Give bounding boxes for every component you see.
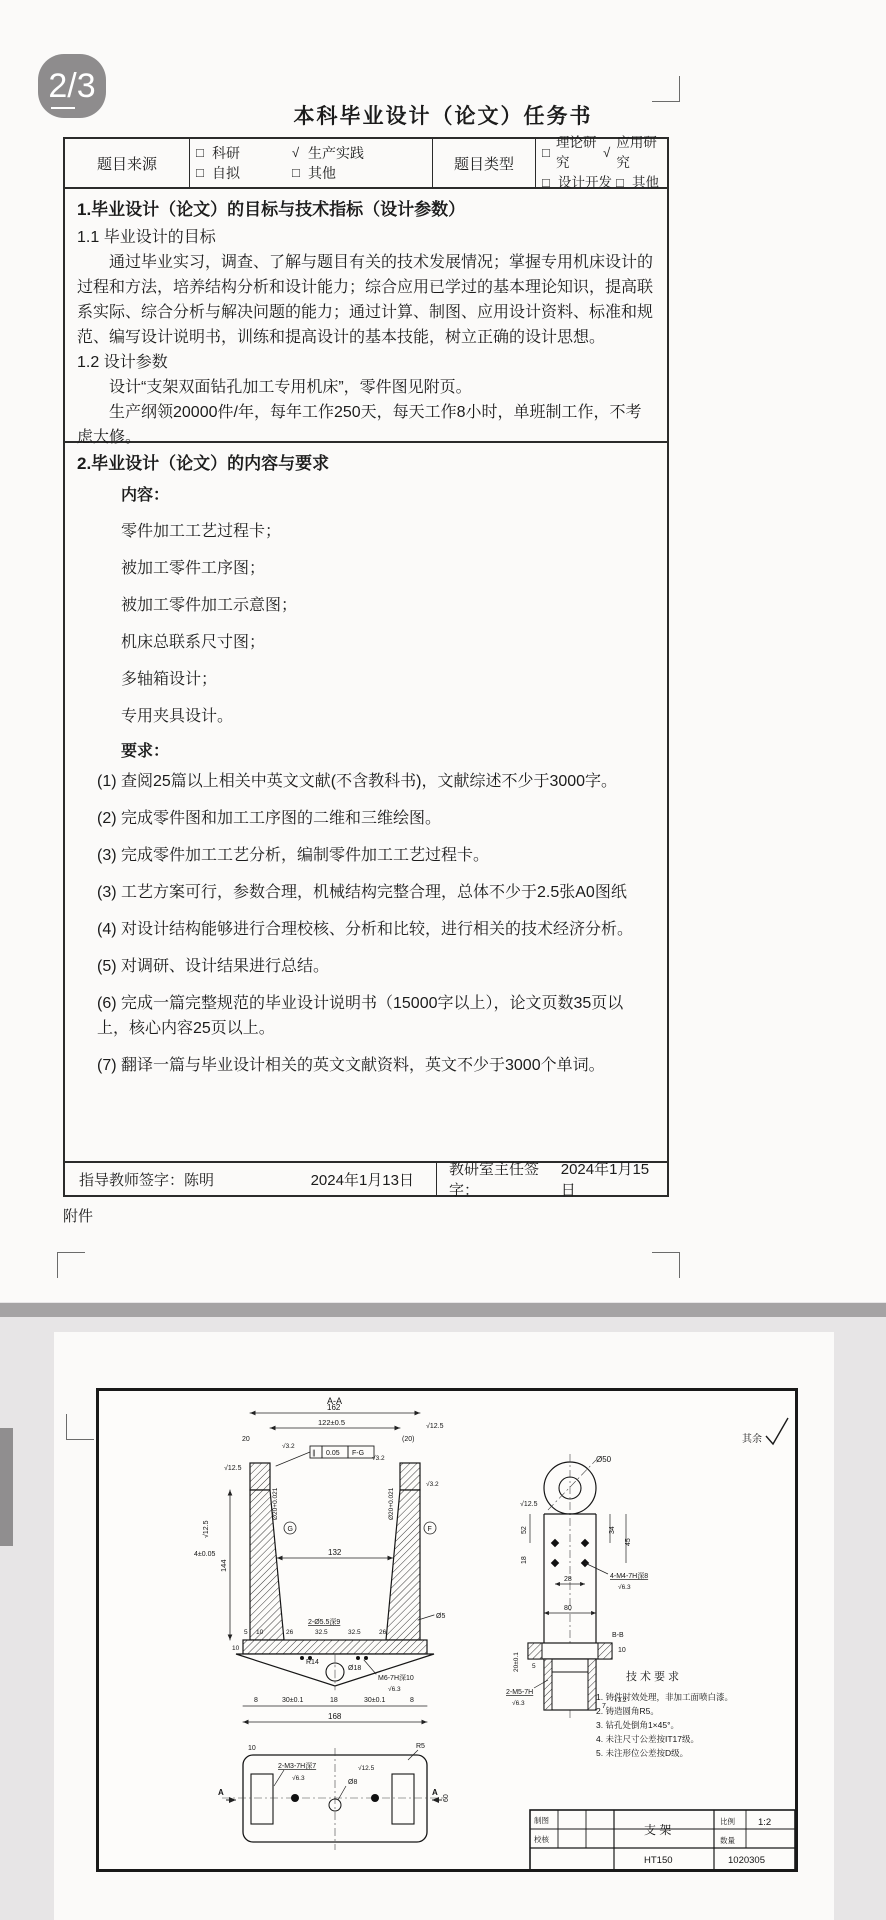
- task-table: 题目来源 □ 科研 √ 生产实践 □: [63, 137, 669, 1197]
- dim-m6: M6-7H深10: [378, 1674, 414, 1682]
- crop-mark-top-left-p2: [66, 1414, 94, 1440]
- roughness-12-5: √12.5: [358, 1764, 375, 1772]
- roughness-12-5: √12.5: [520, 1500, 538, 1508]
- dim-20-right: (20): [402, 1436, 414, 1443]
- content-item: 被加工零件加工示意图；: [121, 587, 655, 624]
- option-qita: □ 其他: [292, 163, 336, 183]
- datum-g: G: [288, 1526, 293, 1533]
- section1-para1: 通过毕业实习，调查、了解与题目有关的技术发展情况；掌握专用机床设计的过程和方法，…: [77, 250, 655, 350]
- dim-10: 10: [232, 1645, 240, 1652]
- dim-132: 132: [328, 1548, 342, 1557]
- director-signature-cell: 教研室主任签字： 2024年1月15日: [437, 1163, 667, 1195]
- option-zini: □ 自拟: [196, 163, 292, 183]
- topic-source-options: □ 科研 √ 生产实践 □ 自拟: [190, 139, 433, 187]
- section1-sub2: 1.2 设计参数: [77, 350, 655, 375]
- dim-18: 18: [330, 1697, 338, 1704]
- section2-cell: 2.毕业设计（论文）的内容与要求 内容： 零件加工工艺过程卡； 被加工零件工序图…: [65, 443, 667, 1161]
- content-item: 零件加工工艺过程卡；: [121, 513, 655, 550]
- option-label: 科研: [212, 143, 240, 163]
- section-bb-label: B-B: [612, 1632, 624, 1639]
- option-label: 应用研究: [616, 133, 661, 173]
- dim-10: 10: [618, 1647, 626, 1654]
- section1-heading: 1.毕业设计（论文）的目标与技术指标（设计参数）: [77, 197, 655, 222]
- dim-10: 10: [248, 1745, 256, 1752]
- dim-8: 8: [254, 1697, 258, 1704]
- option-keyan: □ 科研: [196, 143, 292, 163]
- document-viewer: 2/3 本科毕业设计（论文）任务书 题目来源 □ 科研 √ 生产实践: [0, 0, 886, 1920]
- block-check-label: 校核: [534, 1834, 549, 1844]
- finish-note-text: 其余: [742, 1432, 762, 1445]
- dim-10: 10: [256, 1629, 264, 1636]
- tech-req-item: 5. 未注形位公差按D级。: [596, 1748, 688, 1758]
- dim-32-5: 32.5: [315, 1629, 328, 1636]
- section1-cell: 1.毕业设计（论文）的目标与技术指标（设计参数） 1.1 毕业设计的目标 通过毕…: [65, 189, 667, 441]
- dim-phi5: Ø5: [436, 1613, 445, 1620]
- option-label: 其他: [308, 163, 336, 183]
- require-item: (4) 对设计结构能够进行合理校核、分析和比较，进行相关的技术经济分析。: [97, 917, 655, 942]
- option-yingyongyanjiu: √ 应用研究: [603, 133, 661, 173]
- dim-30: 30±0.1: [364, 1697, 385, 1704]
- document-title: 本科毕业设计（论文）任务书: [0, 100, 886, 130]
- dim-5: 5: [244, 1629, 248, 1636]
- advisor-signature-cell: 指导教师签字：陈明 2024年1月13日: [65, 1163, 437, 1195]
- dim-4-m4: 4-M4-7H深8: [610, 1572, 648, 1580]
- dim-2-m3: 2-M3-7H深7: [278, 1762, 316, 1770]
- tech-req-title: 技术要求: [626, 1669, 682, 1683]
- topic-source-label: 题目来源: [65, 139, 190, 187]
- section1-row: 1.毕业设计（论文）的目标与技术指标（设计参数） 1.1 毕业设计的目标 通过毕…: [65, 187, 667, 441]
- tol-symbol: ∥: [312, 1449, 316, 1457]
- advisor-signature: 指导教师签字：陈明: [79, 1169, 214, 1190]
- dim-122: 122±0.5: [318, 1418, 345, 1427]
- require-item: (7) 翻译一篇与毕业设计相关的英文文献资料，英文不少于3000个单词。: [97, 1053, 655, 1078]
- roughness-12-5: √12.5: [426, 1422, 444, 1430]
- topic-header-row: 题目来源 □ 科研 √ 生产实践 □: [65, 139, 667, 187]
- roughness-6-3: √6.3: [512, 1699, 525, 1707]
- engineering-drawing: 其余 A-A 162 122±0.5 20 (20) √12.5 √12.5 √…: [96, 1388, 798, 1872]
- require-item: (3) 完成零件加工工艺分析，编制零件加工工艺过程卡。: [97, 843, 655, 868]
- dim-26: 26: [379, 1629, 387, 1636]
- datum-f: F: [428, 1526, 432, 1533]
- dim-30: 30±0.1: [282, 1697, 303, 1704]
- content-item: 多轴箱设计；: [121, 661, 655, 698]
- content-label: 内容：: [121, 479, 655, 513]
- roughness-3-2: √3.2: [426, 1480, 439, 1488]
- plan-view: Ø8 √12.5 2-M3-7H深7 √6.3 10 R5 60 A A: [218, 1743, 450, 1850]
- material-value: HT150: [644, 1855, 673, 1866]
- qty-label: 数量: [720, 1835, 735, 1845]
- checkbox-checked-icon: √: [603, 143, 616, 163]
- dim-52: 52: [521, 1526, 528, 1534]
- advisor-name: 陈明: [184, 1172, 214, 1189]
- roughness-6-3: √6.3: [388, 1685, 401, 1693]
- dim-phi20: Ø20+0.021: [272, 1487, 279, 1520]
- require-item: (6) 完成一篇完整规范的毕业设计说明书（15000字以上），论文页数35页以上…: [97, 991, 655, 1041]
- section-arrow-a-left: A: [218, 1788, 224, 1797]
- dim-5: 5: [532, 1663, 536, 1670]
- section1-para2: 设计“支架双面钻孔加工专用机床”，零件图见附页。: [77, 375, 655, 400]
- crop-mark-top-right: [652, 76, 680, 102]
- require-item: (3) 工艺方案可行，参数合理，机械结构完整合理，总体不少于2.5张A0图纸: [97, 880, 655, 905]
- dim-20-tol: 20±0.1: [513, 1652, 520, 1672]
- checkbox-icon: □: [542, 143, 556, 163]
- tol-datum: F-G: [352, 1450, 364, 1457]
- content-item: 专用夹具设计。: [121, 698, 655, 735]
- task-sheet-page: 2/3 本科毕业设计（论文）任务书 题目来源 □ 科研 √ 生产实践: [0, 0, 886, 1302]
- crop-mark-bottom-left: [57, 1252, 85, 1278]
- checkbox-icon: □: [196, 143, 212, 163]
- tech-req-item: 2. 铸造圆角R5。: [596, 1706, 659, 1716]
- require-item: (2) 完成零件图和加工工序图的二维和三维绘图。: [97, 806, 655, 831]
- roughness-6-3: √6.3: [618, 1583, 631, 1591]
- director-label: 教研室主任签字：: [449, 1158, 561, 1200]
- section2-row: 2.毕业设计（论文）的内容与要求 内容： 零件加工工艺过程卡； 被加工零件工序图…: [65, 441, 667, 1161]
- content-item: 机床总联系尺寸图；: [121, 624, 655, 661]
- topic-type-options: □ 理论研究 √ 应用研究 □ 设计开发: [536, 139, 667, 187]
- dim-2-phi5-5: 2-Ø5.5深9: [308, 1618, 340, 1626]
- option-label: 生产实践: [308, 143, 364, 163]
- roughness-3-2: √3.2: [282, 1442, 295, 1450]
- advisor-label: 指导教师签字：: [79, 1172, 184, 1189]
- side-page-edge: [0, 1428, 13, 1546]
- dim-20-left: 20: [242, 1436, 250, 1443]
- attachment-label: 附件: [63, 1205, 93, 1226]
- require-item: (1) 查阅25篇以上相关中英文文献(不含教科书)，文献综述不少于3000字。: [97, 769, 655, 794]
- dim-45: 45: [625, 1538, 632, 1546]
- tech-req-item: 3. 钻孔处倒角1×45°。: [596, 1720, 679, 1730]
- dim-2-m5: 2-M5-7H: [506, 1689, 533, 1696]
- part-name: 支 架: [644, 1822, 671, 1837]
- roughness-12-5: √12.5: [202, 1520, 210, 1538]
- require-label: 要求：: [121, 735, 655, 769]
- dim-18: 18: [521, 1556, 528, 1564]
- dim-60: 60: [443, 1794, 450, 1802]
- section-arrow-a-right: A: [432, 1788, 438, 1797]
- dim-28: 28: [564, 1576, 572, 1583]
- block-draw-label: 制图: [534, 1815, 549, 1825]
- section2-heading: 2.毕业设计（论文）的内容与要求: [77, 451, 655, 476]
- dim-phi18: Ø18: [348, 1665, 361, 1672]
- content-item: 被加工零件工序图；: [121, 550, 655, 587]
- advisor-date: 2024年1月13日: [311, 1169, 414, 1190]
- option-label: 理论研究: [556, 133, 603, 173]
- checkbox-icon: □: [292, 163, 308, 183]
- dim-144: 144: [219, 1559, 228, 1572]
- checkbox-icon: □: [196, 163, 212, 183]
- checkbox-checked-icon: √: [292, 143, 308, 163]
- dim-162: 162: [327, 1403, 341, 1412]
- dim-34: 34: [609, 1526, 616, 1534]
- option-shengchanshijian: √ 生产实践: [292, 143, 364, 163]
- dim-32-5: 32.5: [348, 1629, 361, 1636]
- topic-type-label: 题目类型: [433, 139, 536, 187]
- drawing-number: 1020305: [728, 1855, 765, 1866]
- section1-sub1: 1.1 毕业设计的目标: [77, 225, 655, 250]
- dim-phi50: Ø50: [596, 1455, 612, 1464]
- dim-r14: R14: [306, 1659, 319, 1666]
- dim-8: 8: [410, 1697, 414, 1704]
- option-label: 自拟: [212, 163, 240, 183]
- page-divider-bar: [0, 1303, 886, 1317]
- tech-req-item: 1. 铸件时效处理，非加工面喷白漆。: [596, 1692, 733, 1703]
- crop-mark-bottom-right: [652, 1252, 680, 1278]
- option-lilunyanjiu: □ 理论研究: [542, 133, 603, 173]
- dim-80: 80: [564, 1605, 572, 1612]
- signature-row: 指导教师签字：陈明 2024年1月13日 教研室主任签字： 2024年1月15日: [65, 1161, 667, 1195]
- dim-4: 4±0.05: [194, 1551, 215, 1558]
- scale-value: 1:2: [758, 1817, 771, 1828]
- roughness-12-5: √12.5: [224, 1464, 242, 1472]
- dim-phi20: Ø20+0.021: [388, 1487, 395, 1520]
- scale-label: 比例: [720, 1816, 735, 1826]
- require-item: (5) 对调研、设计结果进行总结。: [97, 954, 655, 979]
- dim-26: 26: [286, 1629, 294, 1636]
- tol-value: 0.05: [326, 1450, 340, 1457]
- dim-168: 168: [328, 1712, 342, 1721]
- dim-phi8: Ø8: [348, 1779, 357, 1786]
- director-date: 2024年1月15日: [561, 1158, 657, 1200]
- dim-r5: R5: [416, 1743, 425, 1750]
- roughness-6-3: √6.3: [292, 1774, 305, 1782]
- tech-req-item: 4. 未注尺寸公差按IT17级。: [596, 1734, 699, 1744]
